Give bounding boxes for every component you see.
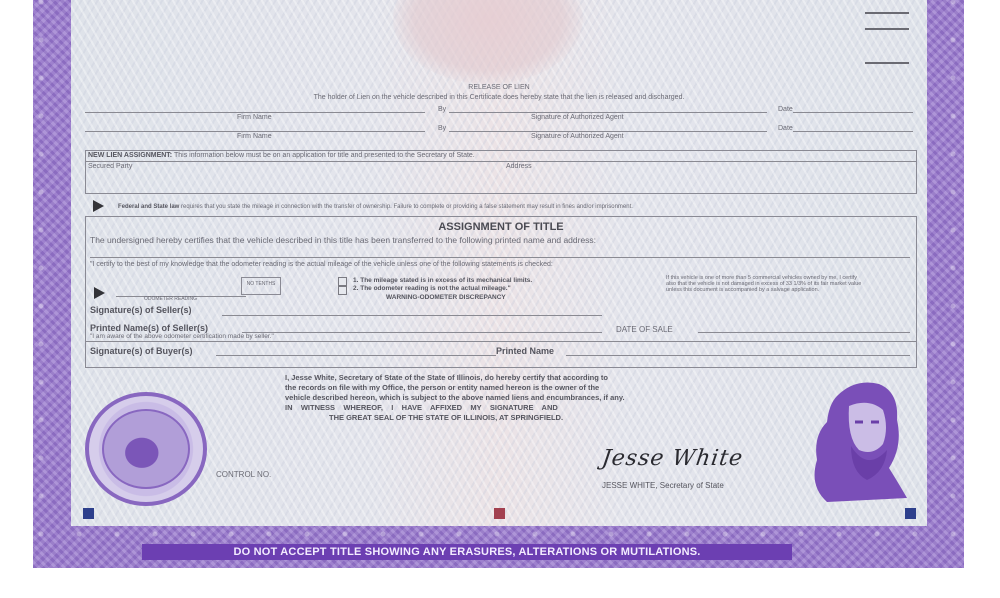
registration-mark [905,508,916,519]
release-date-field-1[interactable] [793,112,913,113]
registration-mark [83,508,94,519]
assignment-of-title-box: ASSIGNMENT OF TITLE The undersigned here… [85,216,917,368]
certification-line: I, Jesse White, Secretary of State of th… [285,373,608,382]
odometer-certify-text: "I certify to the best of my knowledge t… [90,261,553,268]
no-tenths-label: NO TENTHS [242,281,280,287]
seller-printed-name-field[interactable] [242,332,602,333]
odometer-warning: WARNING-ODOMETER DISCREPANCY [386,294,506,301]
odometer-not-actual-checkbox[interactable] [338,286,347,295]
secretary-signature: Jesse White [600,446,745,471]
by-label: By [438,106,446,113]
date-of-sale-field[interactable] [698,332,910,333]
buyer-signature-label: Signature(s) of Buyer(s) [90,346,193,356]
seller-printed-name-label: Printed Name(s) of Seller(s) [90,323,208,333]
commercial-vehicle-note: If this vehicle is one of more than 5 co… [666,275,866,293]
agent-signature-field-1[interactable] [449,112,767,113]
firm-name-field-1[interactable] [85,112,425,113]
certificate-border: RELEASE OF LIEN The holder of Lien on th… [33,0,964,568]
agent-signature-label: Signature of Authorized Agent [531,114,624,121]
certification-line: vehicle described hereon, which is subje… [285,393,625,402]
certificate-paper: RELEASE OF LIEN The holder of Lien on th… [71,0,927,526]
control-no-label: CONTROL NO. [216,470,271,479]
odometer-statement-2: 2. The odometer reading is not the actua… [353,285,511,292]
new-lien-heading: NEW LIEN ASSIGNMENT: [88,152,172,159]
seller-signature-field[interactable] [222,315,602,316]
odometer-reading-label: ODOMETER READING [144,296,197,302]
new-lien-assignment-box: NEW LIEN ASSIGNMENT: This information be… [85,150,917,194]
date-of-sale-label: DATE OF SALE [616,325,673,334]
certification-line: THE GREAT SEAL OF THE STATE OF ILLINOIS,… [329,413,563,422]
corner-tick-mark [865,12,909,14]
federal-notice-text: requires that you state the mileage in c… [181,204,633,210]
no-tenths-box: NO TENTHS [241,277,281,295]
certification-line: the records on file with my Office, the … [285,383,599,392]
firm-name-label: Firm Name [237,133,272,140]
buyer-signature-field[interactable] [216,355,496,356]
release-of-lien-title: RELEASE OF LIEN [71,84,927,91]
registration-mark [494,508,505,519]
footer-warning-band: DO NOT ACCEPT TITLE SHOWING ANY ERASURES… [142,544,792,560]
secured-party-label: Secured Party [88,163,132,170]
buyer-aware-text: "I am aware of the above odometer certif… [90,333,274,340]
eagle-emblem-icon [102,409,190,489]
agent-signature-field-2[interactable] [449,131,767,132]
mileage-excess-checkbox[interactable] [338,277,347,286]
capitol-watermark [393,0,583,84]
release-of-lien-statement: The holder of Lien on the vehicle descri… [71,94,927,101]
date-label: Date [778,106,793,113]
buyer-printed-name-field[interactable] [566,355,910,356]
arrow-right-icon [94,287,105,299]
signature-caption: JESSE WHITE, Secretary of State [602,481,724,490]
corner-tick-mark [865,62,909,64]
address-label: Address [506,163,532,170]
state-seal [85,392,207,506]
firm-name-field-2[interactable] [85,131,425,132]
by-label: By [438,125,446,132]
certification-line: IN WITNESS WHEREOF, I HAVE AFFIXED MY SI… [285,403,558,412]
new-lien-note: This information below must be on an app… [174,152,475,159]
release-date-field-2[interactable] [793,131,913,132]
assignment-title-heading: ASSIGNMENT OF TITLE [86,221,916,233]
agent-signature-label: Signature of Authorized Agent [531,133,624,140]
lincoln-portrait-icon [807,376,911,504]
date-label: Date [778,125,793,132]
corner-tick-mark [865,28,909,30]
buyer-printed-name-label: Printed Name [496,346,554,356]
assignment-statement: The undersigned hereby certifies that th… [90,235,596,245]
federal-notice-lead: Federal and State law [118,204,179,210]
seller-signature-label: Signature(s) of Seller(s) [90,305,192,315]
firm-name-label: Firm Name [237,114,272,121]
arrow-right-icon [93,200,104,212]
odometer-statement-1: 1. The mileage stated is in excess of it… [353,277,532,284]
